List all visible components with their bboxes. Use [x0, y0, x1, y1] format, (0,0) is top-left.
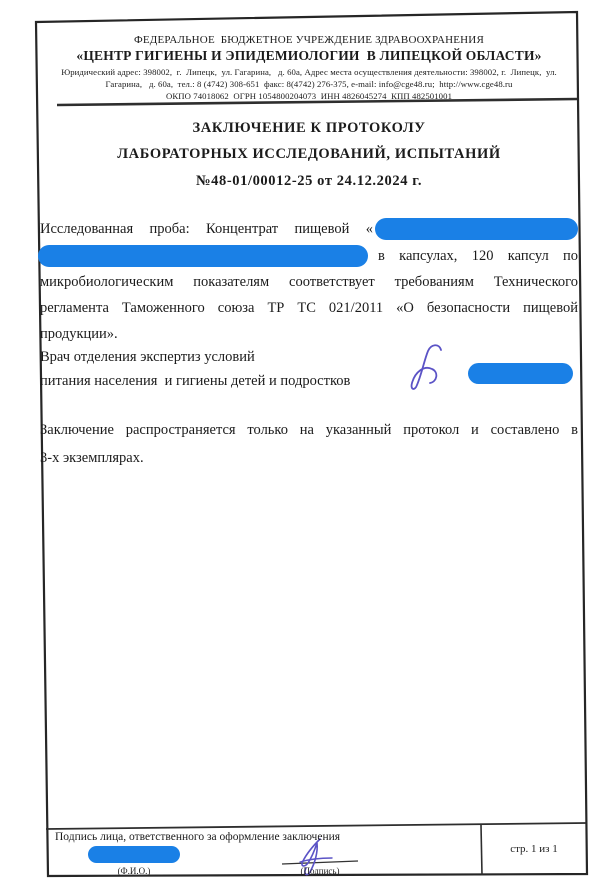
redaction-box-responsible-name — [88, 846, 180, 863]
document-title-line-1: ЗАКЛЮЧЕНИЕ К ПРОТОКОЛУ — [40, 120, 578, 137]
doctor-role-line-2: питания населения и гигиены детей и подр… — [40, 371, 350, 391]
doctor-handwritten-signature — [412, 345, 441, 389]
sample-paragraph-line-4: регламента Таможенного союза ТР ТС 021/2… — [40, 298, 578, 318]
redaction-box-sample-name-1 — [375, 218, 578, 240]
doctor-role-line-1: Врач отделения экспертиз условий — [40, 347, 255, 367]
footer-signature-line — [282, 861, 358, 864]
footer-table-top-line — [46, 823, 586, 829]
fio-caption: (Ф.И.О.) — [88, 866, 180, 876]
responsible-person-label: Подпись лица, ответственного за оформлен… — [55, 831, 340, 843]
org-address-line-2: Гагарина, д. 60а, тел.: 8 (4742) 308-651… — [40, 79, 578, 89]
org-name-line: «ЦЕНТР ГИГИЕНЫ И ЭПИДЕМИОЛОГИИ В ЛИПЕЦКО… — [40, 48, 578, 64]
page-indicator: стр. 1 из 1 — [482, 843, 586, 855]
signature-caption: (Подпись) — [288, 866, 352, 876]
note-line-1: Заключение распространяется только на ук… — [40, 420, 578, 440]
scanned-document-page: ФЕДЕРАЛЬНОЕ БЮДЖЕТНОЕ УЧРЕЖДЕНИЕ ЗДРАВОО… — [0, 0, 601, 883]
footer-handwritten-signature-flourish — [300, 858, 332, 862]
sample-paragraph-line-5: продукции». — [40, 324, 578, 344]
note-line-2: 3-х экземплярах. — [40, 448, 144, 468]
document-border-frame — [36, 12, 587, 876]
sample-paragraph-line-3: микробиологическим показателям соответст… — [40, 272, 578, 292]
org-registration-line: ОКПО 74018062 ОГРН 1054800204073 ИНН 482… — [40, 91, 578, 101]
redaction-box-doctor-name — [468, 363, 573, 384]
sample-paragraph-line-1: Исследованная проба: Концентрат пищевой … — [40, 219, 373, 239]
org-type-line: ФЕДЕРАЛЬНОЕ БЮДЖЕТНОЕ УЧРЕЖДЕНИЕ ЗДРАВОО… — [40, 34, 578, 46]
document-number-date: №48-01/00012-25 от 24.12.2024 г. — [40, 173, 578, 190]
sample-paragraph-line-2: в капсулах, 120 капсул по — [378, 246, 578, 266]
redaction-box-sample-name-2 — [38, 245, 368, 267]
document-title-line-2: ЛАБОРАТОРНЫХ ИССЛЕДОВАНИЙ, ИСПЫТАНИЙ — [40, 146, 578, 163]
org-address-line-1: Юридический адрес: 398002, г. Липецк, ул… — [40, 67, 578, 77]
